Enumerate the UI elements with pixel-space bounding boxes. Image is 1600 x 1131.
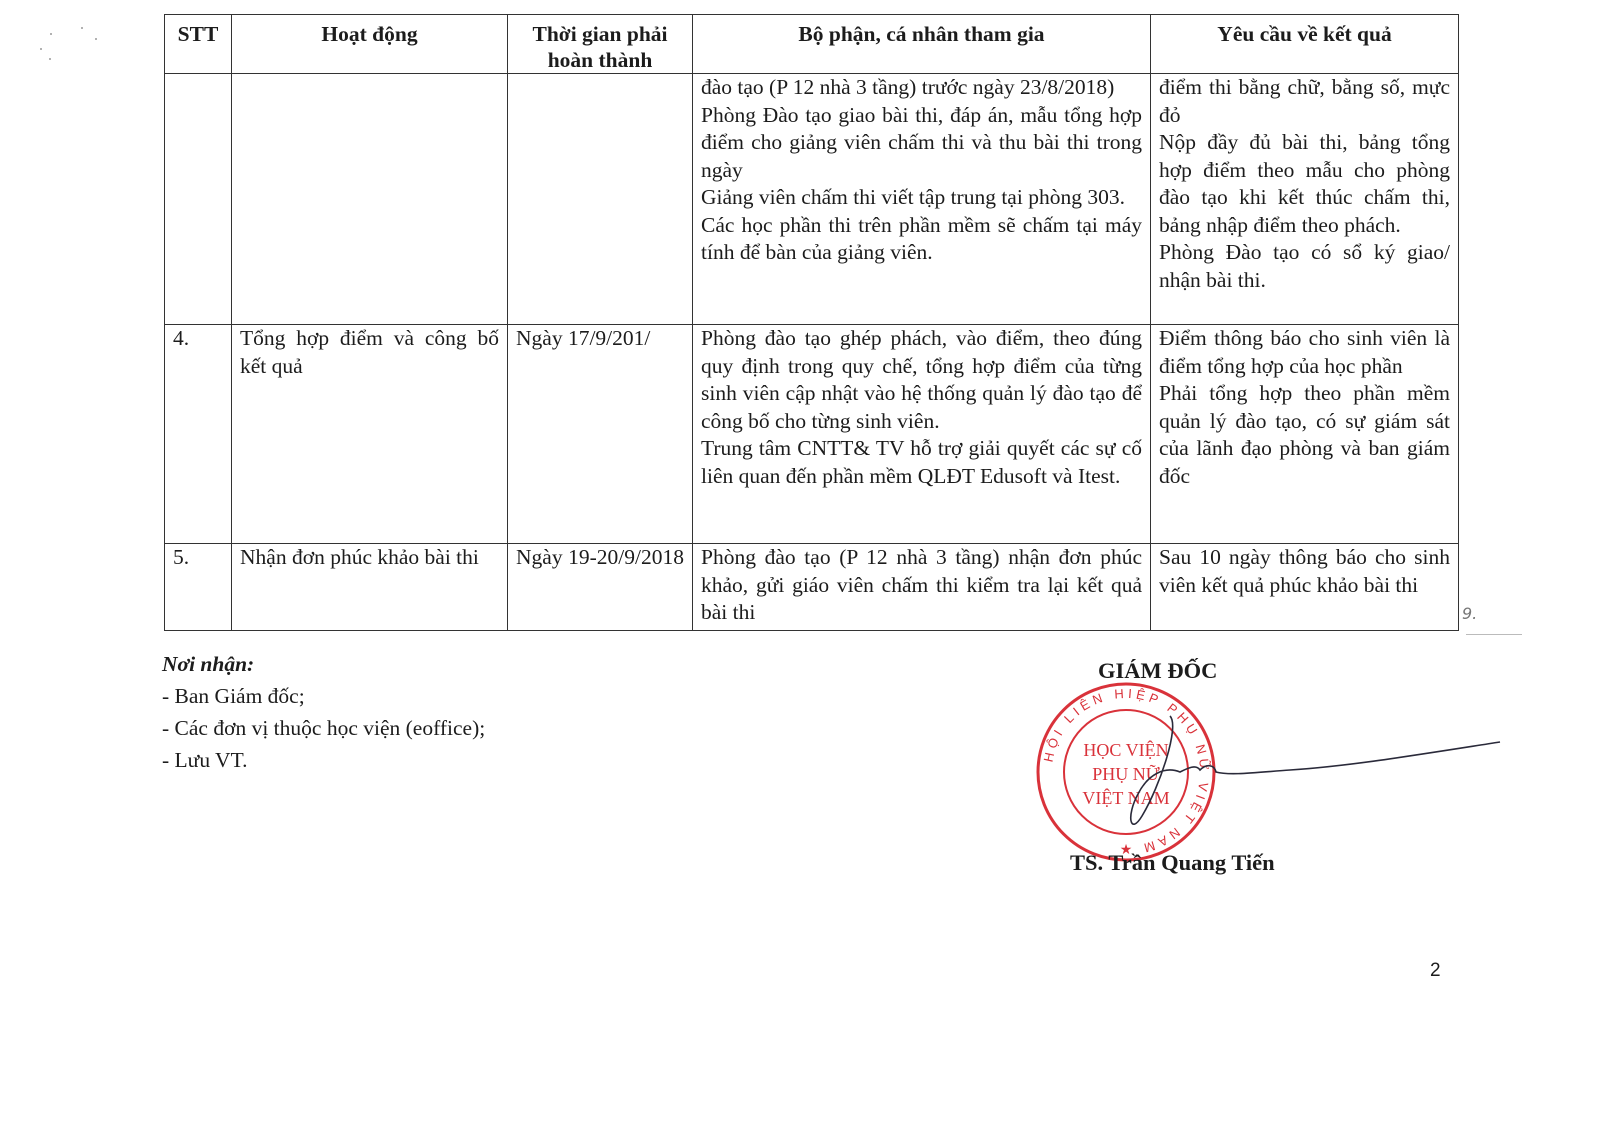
official-stamp-icon: HỘI LIÊN HIỆP PHỤ NỮ VIỆT NAM HỌC VIỆN P… — [1030, 676, 1510, 866]
cell-activity — [232, 74, 508, 325]
requirement-line: Điểm thông báo cho sinh viên là điểm tổn… — [1159, 325, 1450, 380]
header-deadline: Thời gian phải hoàn thành — [508, 15, 693, 74]
participant-line: Các học phần thi trên phần mềm sẽ chấm t… — [701, 212, 1142, 267]
table-row: 5. Nhận đơn phúc khảo bài thi Ngày 19-20… — [165, 544, 1459, 631]
requirement-line: Phải tổng hợp theo phần mềm quản lý đào … — [1159, 380, 1450, 490]
cell-deadline: Ngày 17/9/201/ — [508, 325, 693, 544]
participant-line: Phòng đào tạo (P 12 nhà 3 tầng) nhận đơn… — [701, 544, 1142, 627]
cell-participants: đào tạo (P 12 nhà 3 tầng) trước ngày 23/… — [693, 74, 1151, 325]
participant-line: Phòng Đào tạo giao bài thi, đáp án, mẫu … — [701, 102, 1142, 185]
page-number: 2 — [1430, 960, 1441, 982]
scan-speck — [49, 58, 51, 60]
scan-speck — [81, 27, 83, 29]
recipients-block: Nơi nhận: - Ban Giám đốc; - Các đơn vị t… — [162, 648, 485, 776]
header-stt: STT — [165, 15, 232, 74]
participant-line: Giảng viên chấm thi viết tập trung tại p… — [701, 184, 1142, 212]
cell-deadline: Ngày 19-20/9/2018 — [508, 544, 693, 631]
header-requirements: Yêu cầu về kết quả — [1151, 15, 1459, 74]
signer-name: TS. Trần Quang Tiến — [1070, 850, 1275, 876]
recipient-item: - Lưu VT. — [162, 744, 485, 776]
cell-requirements: Sau 10 ngày thông báo cho sinh viên kết … — [1151, 544, 1459, 631]
scan-speck — [50, 33, 52, 35]
svg-text:PHỤ NỮ: PHỤ NỮ — [1092, 763, 1160, 784]
cell-requirements: Điểm thông báo cho sinh viên là điểm tổn… — [1151, 325, 1459, 544]
requirement-line: Nộp đầy đủ bài thi, bảng tổng hợp điểm t… — [1159, 129, 1450, 239]
requirement-line: điểm thi bằng chữ, bằng số, mực đỏ — [1159, 74, 1450, 129]
cell-activity: Tổng hợp điểm và công bố kết quả — [232, 325, 508, 544]
recipients-title: Nơi nhận: — [162, 648, 485, 680]
cell-stt: 5. — [165, 544, 232, 631]
participant-line: đào tạo (P 12 nhà 3 tầng) trước ngày 23/… — [701, 74, 1142, 102]
scan-speck — [40, 48, 42, 50]
requirement-line: Phòng Đào tạo có sổ ký giao/ nhận bài th… — [1159, 239, 1450, 294]
svg-text:VIỆT NAM: VIỆT NAM — [1082, 787, 1169, 808]
recipient-item: - Các đơn vị thuộc học viện (eoffice); — [162, 712, 485, 744]
cell-participants: Phòng đào tạo (P 12 nhà 3 tầng) nhận đơn… — [693, 544, 1151, 631]
cell-stt: 4. — [165, 325, 232, 544]
scan-speck — [95, 38, 97, 40]
cell-stt — [165, 74, 232, 325]
header-participants: Bộ phận, cá nhân tham gia — [693, 15, 1151, 74]
signature-block: GIÁM ĐỐC HỘI LIÊN HIỆP PHỤ NỮ VIỆT NAM H… — [1050, 656, 1410, 896]
table-row: 4. Tổng hợp điểm và công bố kết quả Ngày… — [165, 325, 1459, 544]
recipient-item: - Ban Giám đốc; — [162, 680, 485, 712]
participant-line: Trung tâm CNTT& TV hỗ trợ giải quyết các… — [701, 435, 1142, 490]
table-header-row: STT Hoạt động Thời gian phải hoàn thành … — [165, 15, 1459, 74]
participant-line: Phòng đào tạo ghép phách, vào điểm, theo… — [701, 325, 1142, 435]
cell-deadline — [508, 74, 693, 325]
cell-requirements: điểm thi bằng chữ, bằng số, mực đỏ Nộp đ… — [1151, 74, 1459, 325]
header-activity: Hoạt động — [232, 15, 508, 74]
requirement-line: Sau 10 ngày thông báo cho sinh viên kết … — [1159, 544, 1450, 599]
cell-activity: Nhận đơn phúc khảo bài thi — [232, 544, 508, 631]
margin-mark — [1466, 634, 1522, 635]
svg-text:HỌC VIỆN: HỌC VIỆN — [1083, 739, 1168, 760]
handwritten-margin-note: 9. — [1462, 604, 1477, 623]
activity-plan-table: STT Hoạt động Thời gian phải hoàn thành … — [164, 14, 1459, 631]
cell-participants: Phòng đào tạo ghép phách, vào điểm, theo… — [693, 325, 1151, 544]
table-row: đào tạo (P 12 nhà 3 tầng) trước ngày 23/… — [165, 74, 1459, 325]
